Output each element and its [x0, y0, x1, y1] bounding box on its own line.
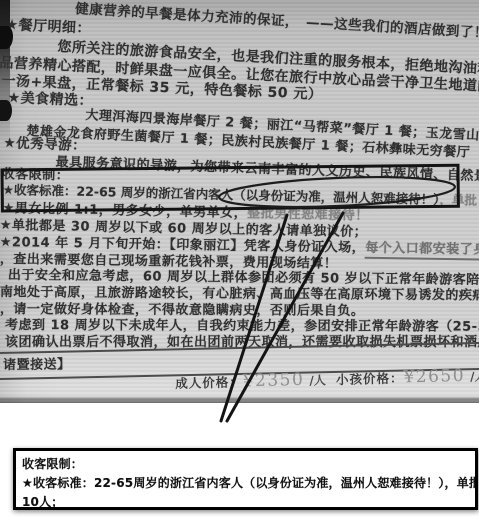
child-price-unit: /人: [470, 369, 479, 383]
callout-body-line1: ★收客标准：22-65周岁的浙江省内客人（以身份证为准，温州人恕难接待！），单批…: [22, 474, 469, 493]
adult-price-label: 成人价格：: [175, 374, 243, 391]
callout-title: 收客限制：: [22, 455, 469, 474]
child-price-label: 小孩价格：: [336, 370, 404, 387]
guest-standard-tail: ，单批: [439, 192, 477, 208]
callout-body-line2: 10人；: [22, 493, 469, 510]
adult-price-value: ¥2350: [242, 370, 304, 391]
photo-edge-mark-mid: [0, 100, 12, 121]
doc-line-restaurant-header: ★餐厅明细：: [5, 14, 91, 38]
impression-lijiang-underlined: 每个入口都安装了身份证识: [365, 241, 479, 262]
document-photo: ★餐厅明细： 健康营养的早餐是体力充沛的保证， ——这些我们的酒店做到了！ 您所…: [0, 0, 479, 403]
doc-line-gourmet-header: ★美食精选：: [7, 87, 93, 110]
child-price-value: ¥2650: [403, 366, 465, 387]
adult-price-unit: /人: [309, 373, 326, 387]
doc-line-pickup: 诸暨接送】: [3, 353, 71, 373]
screenshot-root: ★餐厅明细： 健康营养的早餐是体力充沛的保证， ——这些我们的酒店做到了！ 您所…: [0, 0, 479, 517]
callout-box: 收客限制： ★收客标准：22-65周岁的浙江省内客人（以身份证为准，温州人恕难接…: [13, 448, 478, 510]
